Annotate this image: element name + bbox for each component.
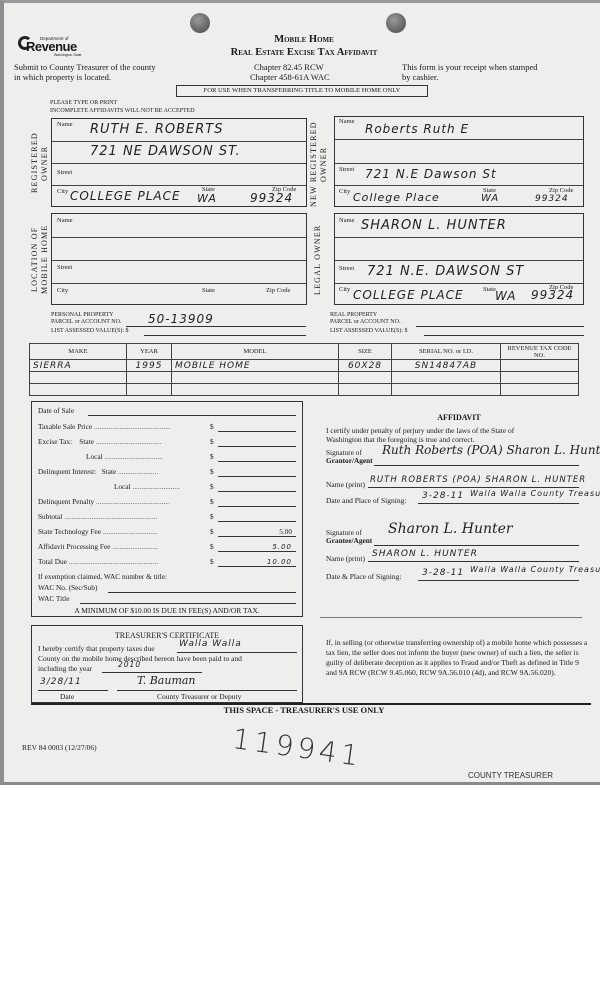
wac-title-field[interactable] [80, 603, 296, 604]
chapter-wac: Chapter 458-61A WAC [250, 72, 330, 82]
subtotal-field[interactable] [218, 521, 296, 522]
submit-instruction-2: in which property is located. [14, 72, 111, 82]
fees-box: Date of Sale Taxable Sale Price ........… [31, 401, 303, 617]
make-cell[interactable]: SIERRA [30, 360, 127, 372]
total-due-field[interactable] [218, 566, 296, 567]
incomplete-notice: INCOMPLETE AFFIDAVITS WILL NOT BE ACCEPT… [50, 108, 195, 114]
registered-owner-box: Name RUTH E. ROBERTS 721 NE DAWSON ST. S… [51, 118, 307, 207]
punch-hole-left [190, 13, 210, 33]
real-assessed-label: LIST ASSESSED VALUE(S): $ [330, 328, 408, 334]
city-label: City [57, 287, 68, 294]
tax-lien-notice: If, in selling (or otherwise transferrin… [326, 638, 588, 678]
new-owner-zip[interactable]: 99324 [535, 194, 569, 204]
personal-assessed-field[interactable] [144, 327, 306, 336]
certificate-date: 3/28/11 [40, 677, 82, 687]
registered-owner-name[interactable]: RUTH E. ROBERTS [90, 122, 224, 137]
wac-title-row: WAC Title [38, 594, 296, 605]
city-label: City [339, 286, 350, 293]
certificate-year: 2010 [118, 660, 141, 669]
year-cell[interactable] [127, 372, 172, 384]
excise-local-field[interactable] [218, 461, 296, 462]
city-label: City [339, 188, 350, 195]
chapter-rcw: Chapter 82.45 RCW [254, 62, 324, 72]
name-label: Name [339, 217, 355, 224]
revenue-code-cell[interactable] [501, 360, 579, 372]
zip-label: Zip Code [549, 187, 573, 194]
logo-name-text: Revenue [26, 39, 77, 54]
make-cell[interactable] [30, 384, 127, 396]
registered-owner-address-line[interactable]: 721 NE DAWSON ST. [90, 144, 241, 159]
size-cell[interactable] [339, 384, 392, 396]
grantee-signature-field[interactable]: Sharon L. Hunter [374, 527, 579, 546]
registered-owner-state[interactable]: WA [197, 192, 217, 205]
model-cell[interactable] [172, 372, 339, 384]
new-registered-owner-label: NEW REGISTEREDOWNER [309, 121, 333, 207]
treasurers-certificate-title: TREASURER'S CERTIFICATE [32, 631, 302, 640]
name-label: Name [57, 121, 73, 128]
certificate-text-1: I hereby certify that property taxes due [38, 644, 155, 653]
personal-assessed-label: LIST ASSESSED VALUE(S): $ [51, 328, 129, 334]
print-notice: PLEASE TYPE OR PRINT [50, 100, 117, 106]
table-row: SIERRA 1995 MOBILE HOME 60X28 SN14847AB [30, 360, 579, 372]
grantor-date: 3-28-11 [422, 491, 464, 501]
grantor-name: RUTH ROBERTS (POA) SHARON L. HUNTER [370, 475, 586, 485]
affidavit-processing-fee-field[interactable] [218, 551, 296, 552]
new-owner-city[interactable]: College Place [353, 191, 440, 204]
treasurer-use-only-label: THIS SPACE - TREASURER'S USE ONLY [4, 705, 600, 715]
certificate-text-3: including the year [38, 664, 92, 673]
name-label: Name [57, 217, 73, 224]
wac-number-row: WAC No. (Sec/Sub) [38, 583, 296, 594]
personal-property-label: PERSONAL PROPERTY [51, 312, 114, 318]
date-of-sale-label: Date of Sale [38, 406, 74, 415]
street-label: Street [57, 264, 72, 271]
personal-parcel-value: 50-13909 [148, 312, 214, 326]
minimum-due-notice: A MINIMUM OF $10.00 IS DUE IN FEE(S) AND… [32, 606, 302, 615]
model-cell[interactable] [172, 384, 339, 396]
fee-row-subtotal: Subtotal ...............................… [38, 512, 296, 523]
certificate-signature: T. Bauman [137, 674, 196, 687]
column-header-year: YEAR [127, 344, 172, 360]
zip-label: Zip Code [266, 287, 290, 294]
serial-cell[interactable] [392, 384, 501, 396]
fee-row-delinquent-interest-state: Delinquent Interest: State .............… [38, 467, 296, 478]
name-label: Name [339, 118, 355, 125]
legal-owner-street[interactable]: 721 N.E. DAWSON ST [367, 264, 524, 279]
table-row [30, 384, 579, 396]
grantor-date-field[interactable]: 3-28-11 Walla Walla County Treasurer [418, 492, 579, 504]
fee-row-delinquent-interest-local: Local .......................... $ [38, 482, 296, 493]
receipt-notice-2: by cashier. [402, 72, 438, 82]
total-due-value: 10.00 [267, 558, 292, 566]
delinquent-interest-local-field[interactable] [218, 491, 296, 492]
grantee-date: 3-28-11 [422, 568, 464, 578]
grantee-place: Walla Walla County Treasurer [470, 565, 600, 574]
location-box: Name Street City State Zip Code [51, 213, 307, 305]
real-assessed-field[interactable] [424, 327, 584, 336]
certificate-date-field[interactable]: 3/28/11 [38, 678, 108, 691]
receipt-number: 119941 [230, 722, 364, 773]
grantor-date-label: Date and Place of Signing: [326, 496, 406, 505]
registered-owner-label: REGISTEREDOWNER [30, 123, 52, 203]
new-owner-street[interactable]: 721 N.E Dawson St [365, 167, 497, 181]
street-label: Street [339, 265, 354, 272]
taxable-sale-price-field[interactable] [218, 431, 296, 432]
real-property-label: REAL PROPERTY [330, 312, 377, 318]
city-label: City [57, 188, 68, 195]
delinquent-interest-state-field[interactable] [218, 476, 296, 477]
mobile-home-table: MAKE YEAR MODEL SIZE SERIAL NO. or I.D. … [29, 343, 579, 396]
county-treasurer-stamp: COUNTY TREASURER [468, 771, 553, 780]
revenue-code-cell[interactable] [501, 384, 579, 396]
grantor-name-label: Name (print) [326, 480, 365, 489]
new-registered-owner-box: Name Roberts Ruth E Street 721 N.E Dawso… [334, 116, 584, 207]
registered-owner-city[interactable]: COLLEGE PLACE [70, 189, 181, 203]
size-cell[interactable] [339, 372, 392, 384]
affidavit-divider [320, 617, 582, 618]
grantee-signature-label: Signature ofGrantee/Agent [326, 529, 372, 545]
fee-row-excise-state: Excise Tax: State ......................… [38, 437, 296, 448]
use-notice-box: FOR USE WHEN TRANSFERRING TITLE TO MOBIL… [176, 85, 428, 97]
treasurers-certificate-box: TREASURER'S CERTIFICATE I hereby certify… [31, 625, 303, 703]
fee-row-delinquent-penalty: Delinquent Penalty .....................… [38, 497, 296, 508]
affidavit-page: Department of Revenue Washington State M… [0, 0, 600, 785]
serial-cell[interactable] [392, 372, 501, 384]
grantee-name: SHARON L. HUNTER [372, 549, 478, 559]
affidavit-title: AFFIDAVIT [314, 413, 600, 422]
column-header-make: MAKE [30, 344, 127, 360]
date-of-sale-row: Date of Sale [38, 406, 296, 417]
table-row [30, 372, 579, 384]
real-parcel-label: PARCEL or ACCOUNT NO. [330, 319, 400, 325]
personal-parcel-field[interactable]: 50-13909 [126, 316, 306, 327]
column-header-model: MODEL [172, 344, 339, 360]
grantee-date-label: Date & Place of Signing: [326, 572, 401, 581]
legal-owner-state[interactable]: WA [495, 289, 516, 303]
affidavit-processing-fee-value: 5.00 [272, 543, 292, 551]
grantee-date-field[interactable]: 3-28-11 Walla Walla County Treasurer [418, 569, 579, 581]
location-label: LOCATION OFMOBILE HOME [30, 215, 52, 303]
certificate-county-field[interactable]: Walla Walla [177, 641, 297, 653]
punch-hole-right [386, 13, 406, 33]
revenue-code-cell[interactable] [501, 372, 579, 384]
fee-row-state-technology-fee: State Technology Fee ...................… [38, 527, 296, 538]
wac-title-label: WAC Title [38, 594, 69, 603]
grantor-signature-field[interactable]: Ruth Roberts (POA) Sharon L. Hunter [374, 449, 579, 466]
wac-number-label: WAC No. (Sec/Sub) [38, 583, 97, 592]
legal-owner-city[interactable]: COLLEGE PLACE [353, 288, 464, 302]
submit-instruction-1: Submit to County Treasurer of the county [14, 62, 156, 72]
legal-owner-zip[interactable]: 99324 [531, 288, 574, 302]
street-label: Street [57, 169, 72, 176]
real-parcel-field[interactable] [416, 316, 584, 327]
column-header-size: SIZE [339, 344, 392, 360]
state-label: State [202, 287, 215, 294]
date-of-sale-field[interactable] [88, 415, 296, 416]
serial-cell[interactable]: SN14847AB [392, 360, 501, 372]
fee-row-taxable-sale-price: Taxable Sale Price .....................… [38, 422, 296, 433]
column-header-serial: SERIAL NO. or I.D. [392, 344, 501, 360]
grantee-name-label: Name (print) [326, 554, 365, 563]
grantee-name-field[interactable]: SHARON L. HUNTER [368, 550, 579, 562]
grantor-place: Walla Walla County Treasurer [470, 489, 600, 498]
fee-row-total-due: Total Due ..............................… [38, 557, 296, 568]
certificate-date-label: Date [60, 692, 74, 701]
grantor-signature: Ruth Roberts (POA) Sharon L. Hunter [382, 443, 600, 457]
new-owner-state[interactable]: WA [481, 193, 499, 204]
form-number: REV 84 0003 (12/27/06) [22, 743, 97, 752]
year-cell[interactable]: 1995 [127, 360, 172, 372]
registered-owner-zip[interactable]: 99324 [250, 191, 293, 205]
legal-owner-label: LEGAL OWNER [313, 215, 331, 305]
grantor-signature-label: Signature ofGrantor/Agent [326, 449, 373, 465]
logo-state-text: Washington State [54, 53, 82, 57]
legal-owner-name[interactable]: SHARON L. HUNTER [361, 218, 507, 233]
affidavit-text-1: I certify under penalty of perjury under… [326, 426, 514, 435]
grantee-signature: Sharon L. Hunter [388, 521, 513, 537]
size-cell[interactable]: 60X28 [339, 360, 392, 372]
new-owner-name[interactable]: Roberts Ruth E [365, 122, 469, 136]
receipt-notice-1: This form is your receipt when stamped [402, 62, 538, 72]
grantor-name-field[interactable]: RUTH ROBERTS (POA) SHARON L. HUNTER [368, 476, 579, 488]
exemption-label: If exemption claimed, WAC number & title… [38, 572, 296, 583]
year-cell[interactable] [127, 384, 172, 396]
excise-state-field[interactable] [218, 446, 296, 447]
personal-parcel-label: PARCEL or ACCOUNT NO. [51, 319, 121, 325]
legal-owner-box: Name SHARON L. HUNTER Street 721 N.E. DA… [334, 213, 584, 305]
certificate-year-field[interactable]: 2010 [102, 662, 202, 673]
form-title-line2: Real Estate Excise Tax Affidavit [174, 47, 434, 58]
make-cell[interactable] [30, 372, 127, 384]
model-cell[interactable]: MOBILE HOME [172, 360, 339, 372]
form-title-line1: Mobile Home [204, 34, 404, 45]
certificate-county: Walla Walla [179, 639, 242, 649]
wac-number-field[interactable] [108, 592, 296, 593]
column-header-revenue-tax-code: REVENUE TAX CODE NO. [501, 344, 579, 360]
state-technology-fee-value: 5.00 [279, 527, 292, 536]
fee-row-affidavit-processing-fee: Affidavit Processing Fee ...............… [38, 542, 296, 553]
delinquent-penalty-field[interactable] [218, 506, 296, 507]
certificate-signature-field[interactable]: T. Bauman [117, 678, 297, 691]
fee-row-excise-local: Local ................................ $ [38, 452, 296, 463]
street-label: Street [339, 166, 354, 173]
state-technology-fee-field[interactable] [218, 536, 296, 537]
certificate-treasurer-label: County Treasurer or Deputy [157, 692, 241, 701]
